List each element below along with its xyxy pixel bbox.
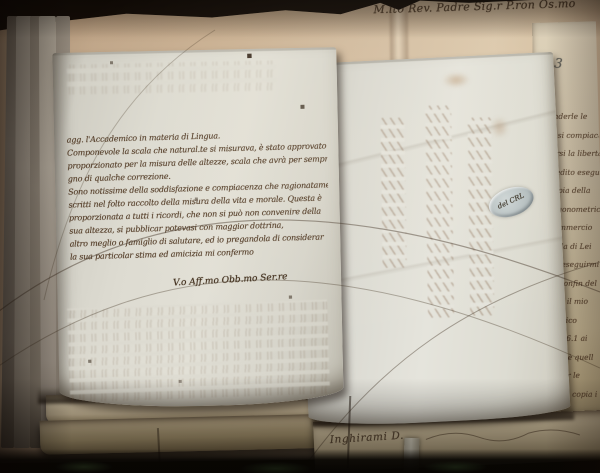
inghirami-inscription: Inghirami D. xyxy=(329,430,404,446)
letter-salutation: M.lto Rev. Padre Sig.r P.ron Os.mo xyxy=(276,0,576,19)
bleed-through-scribbles xyxy=(381,118,407,268)
ink-flourish xyxy=(423,421,584,450)
table-surface xyxy=(0,449,600,473)
letter-body: agg. l'Accademico in materia di Lingua. … xyxy=(67,126,331,263)
bleed-through-lines xyxy=(67,60,278,94)
foxing-smudge xyxy=(490,116,509,139)
foxing-smudge xyxy=(442,72,471,88)
letter-page: agg. l'Accademico in materia di Lingua. … xyxy=(52,47,343,409)
letter-closing-signature: V.o Aff.mo Obb.mo Ser.re xyxy=(173,272,288,288)
bleed-through-lines xyxy=(67,300,330,403)
bleed-through-scribbles xyxy=(425,105,454,317)
manuscript-photo: M.lto Rev. Padre Sig.r P.ron Os.mo 33 re… xyxy=(0,0,600,473)
bleed-through-scribbles xyxy=(468,117,495,315)
stamp-text: del CRL xyxy=(492,189,530,212)
ink-specks xyxy=(52,53,54,55)
